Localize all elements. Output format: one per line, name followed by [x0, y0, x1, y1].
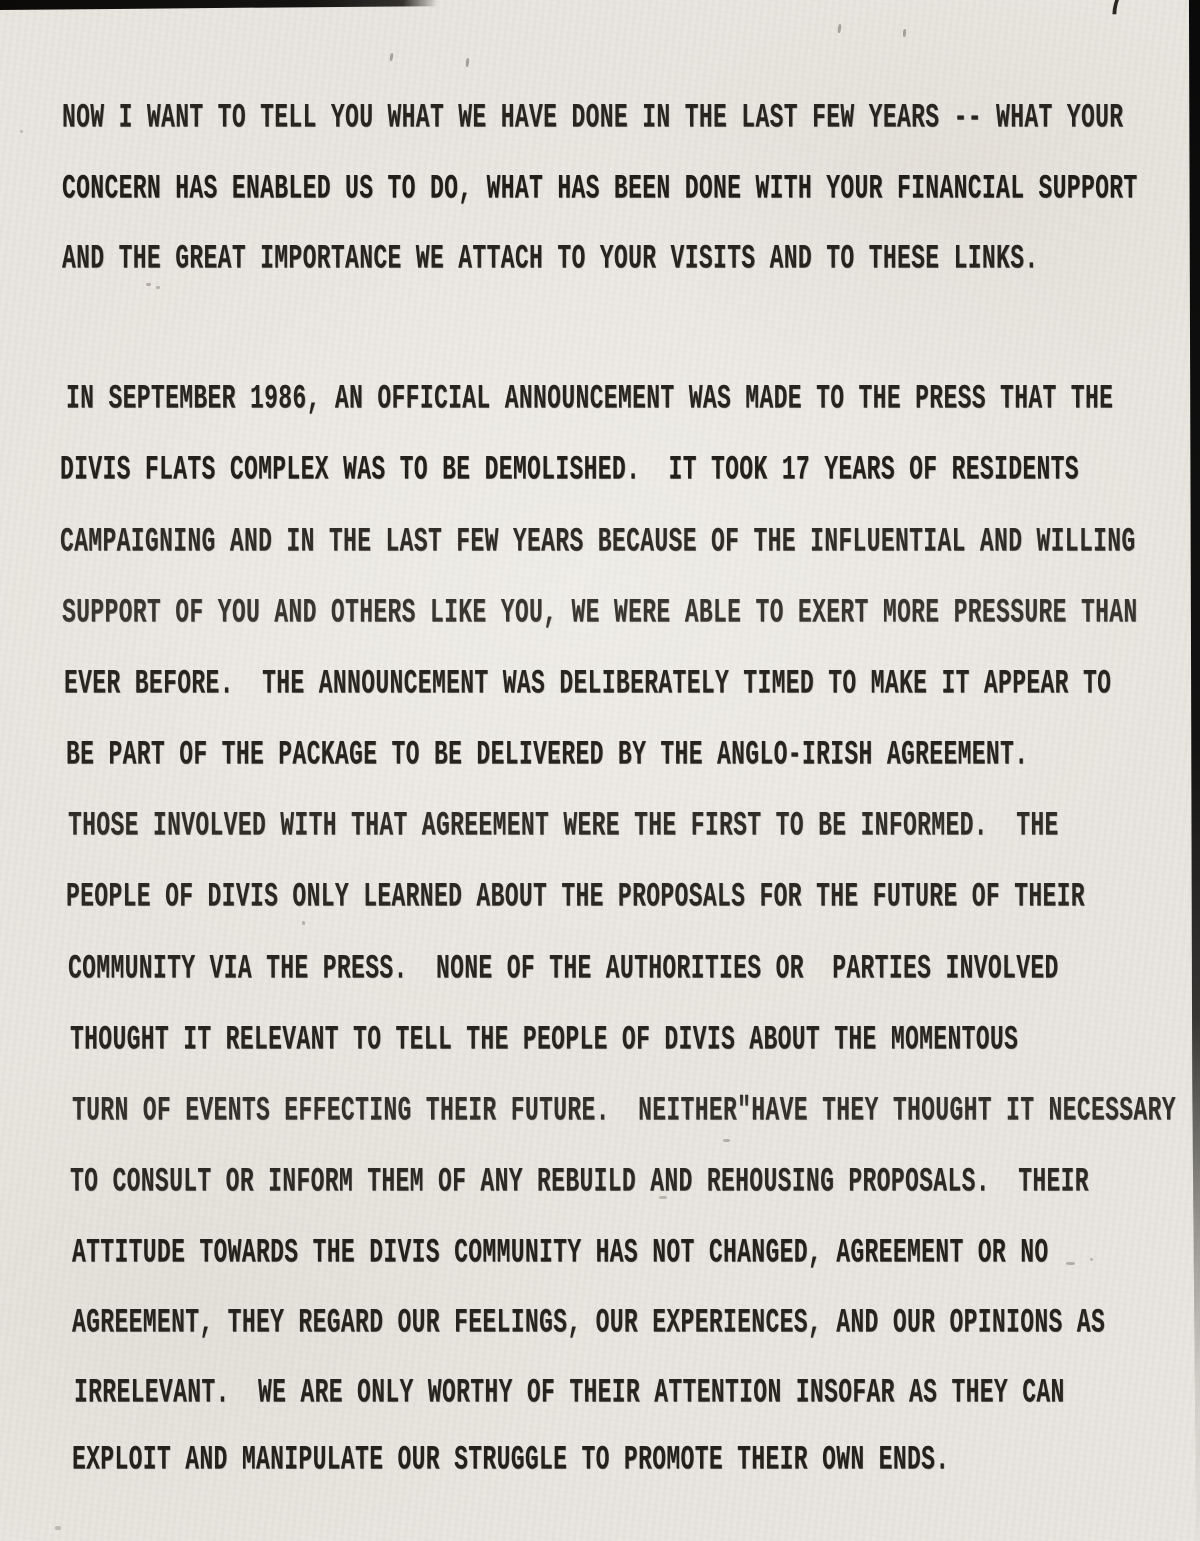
paper-speck: [1090, 1258, 1093, 1261]
document-line: COMMUNITY VIA THE PRESS. NONE OF THE AUT…: [68, 950, 1059, 976]
paper-speck: [1066, 1262, 1075, 1265]
document-line: IRRELEVANT. WE ARE ONLY WORTHY OF THEIR …: [74, 1374, 1065, 1400]
document-line: TO CONSULT OR INFORM THEM OF ANY REBUILD…: [70, 1163, 1089, 1189]
document-line: PEOPLE OF DIVIS ONLY LEARNED ABOUT THE P…: [66, 878, 1085, 904]
paper-speck: [146, 283, 151, 286]
document-line: ATTITUDE TOWARDS THE DIVIS COMMUNITY HAS…: [72, 1234, 1049, 1260]
document-line: AND THE GREAT IMPORTANCE WE ATTACH TO YO…: [62, 240, 1039, 266]
paper-speck: [302, 921, 305, 925]
paper-speck: [20, 130, 23, 133]
document-line: THOSE INVOLVED WITH THAT AGREEMENT WERE …: [68, 807, 1059, 833]
document-line: DIVIS FLATS COMPLEX WAS TO BE DEMOLISHED…: [60, 451, 1079, 477]
document-line: EXPLOIT AND MANIPULATE OUR STRUGGLE TO P…: [72, 1441, 949, 1467]
document-line: SUPPORT OF YOU AND OTHERS LIKE YOU, WE W…: [62, 594, 1138, 620]
document-line: IN SEPTEMBER 1986, AN OFFICIAL ANNOUNCEM…: [66, 380, 1113, 406]
document-line: TURN OF EVENTS EFFECTING THEIR FUTURE. N…: [72, 1092, 1176, 1118]
document-line: BE PART OF THE PACKAGE TO BE DELIVERED B…: [66, 736, 1028, 762]
paper-speck: [556, 756, 559, 760]
document-line: AGREEMENT, THEY REGARD OUR FEELINGS, OUR…: [72, 1304, 1105, 1330]
document-line: CAMPAIGNING AND IN THE LAST FEW YEARS BE…: [60, 523, 1136, 549]
document-line: THOUGHT IT RELEVANT TO TELL THE PEOPLE O…: [70, 1021, 1018, 1047]
scanned-document-page: { "page": { "number": "7", "paper_color"…: [0, 0, 1200, 1541]
paper-speck: [723, 1139, 730, 1142]
document-line: NOW I WANT TO TELL YOU WHAT WE HAVE DONE…: [62, 99, 1123, 125]
document-line: CONCERN HAS ENABLED US TO DO, WHAT HAS B…: [62, 170, 1138, 196]
paper-speck: [659, 1196, 667, 1199]
document-line: EVER BEFORE. THE ANNOUNCEMENT WAS DELIBE…: [64, 665, 1111, 691]
document-text-block: NOW I WANT TO TELL YOU WHAT WE HAVE DONE…: [0, 0, 1200, 1541]
paper-speck: [156, 286, 160, 289]
paper-speck: [55, 1526, 61, 1530]
